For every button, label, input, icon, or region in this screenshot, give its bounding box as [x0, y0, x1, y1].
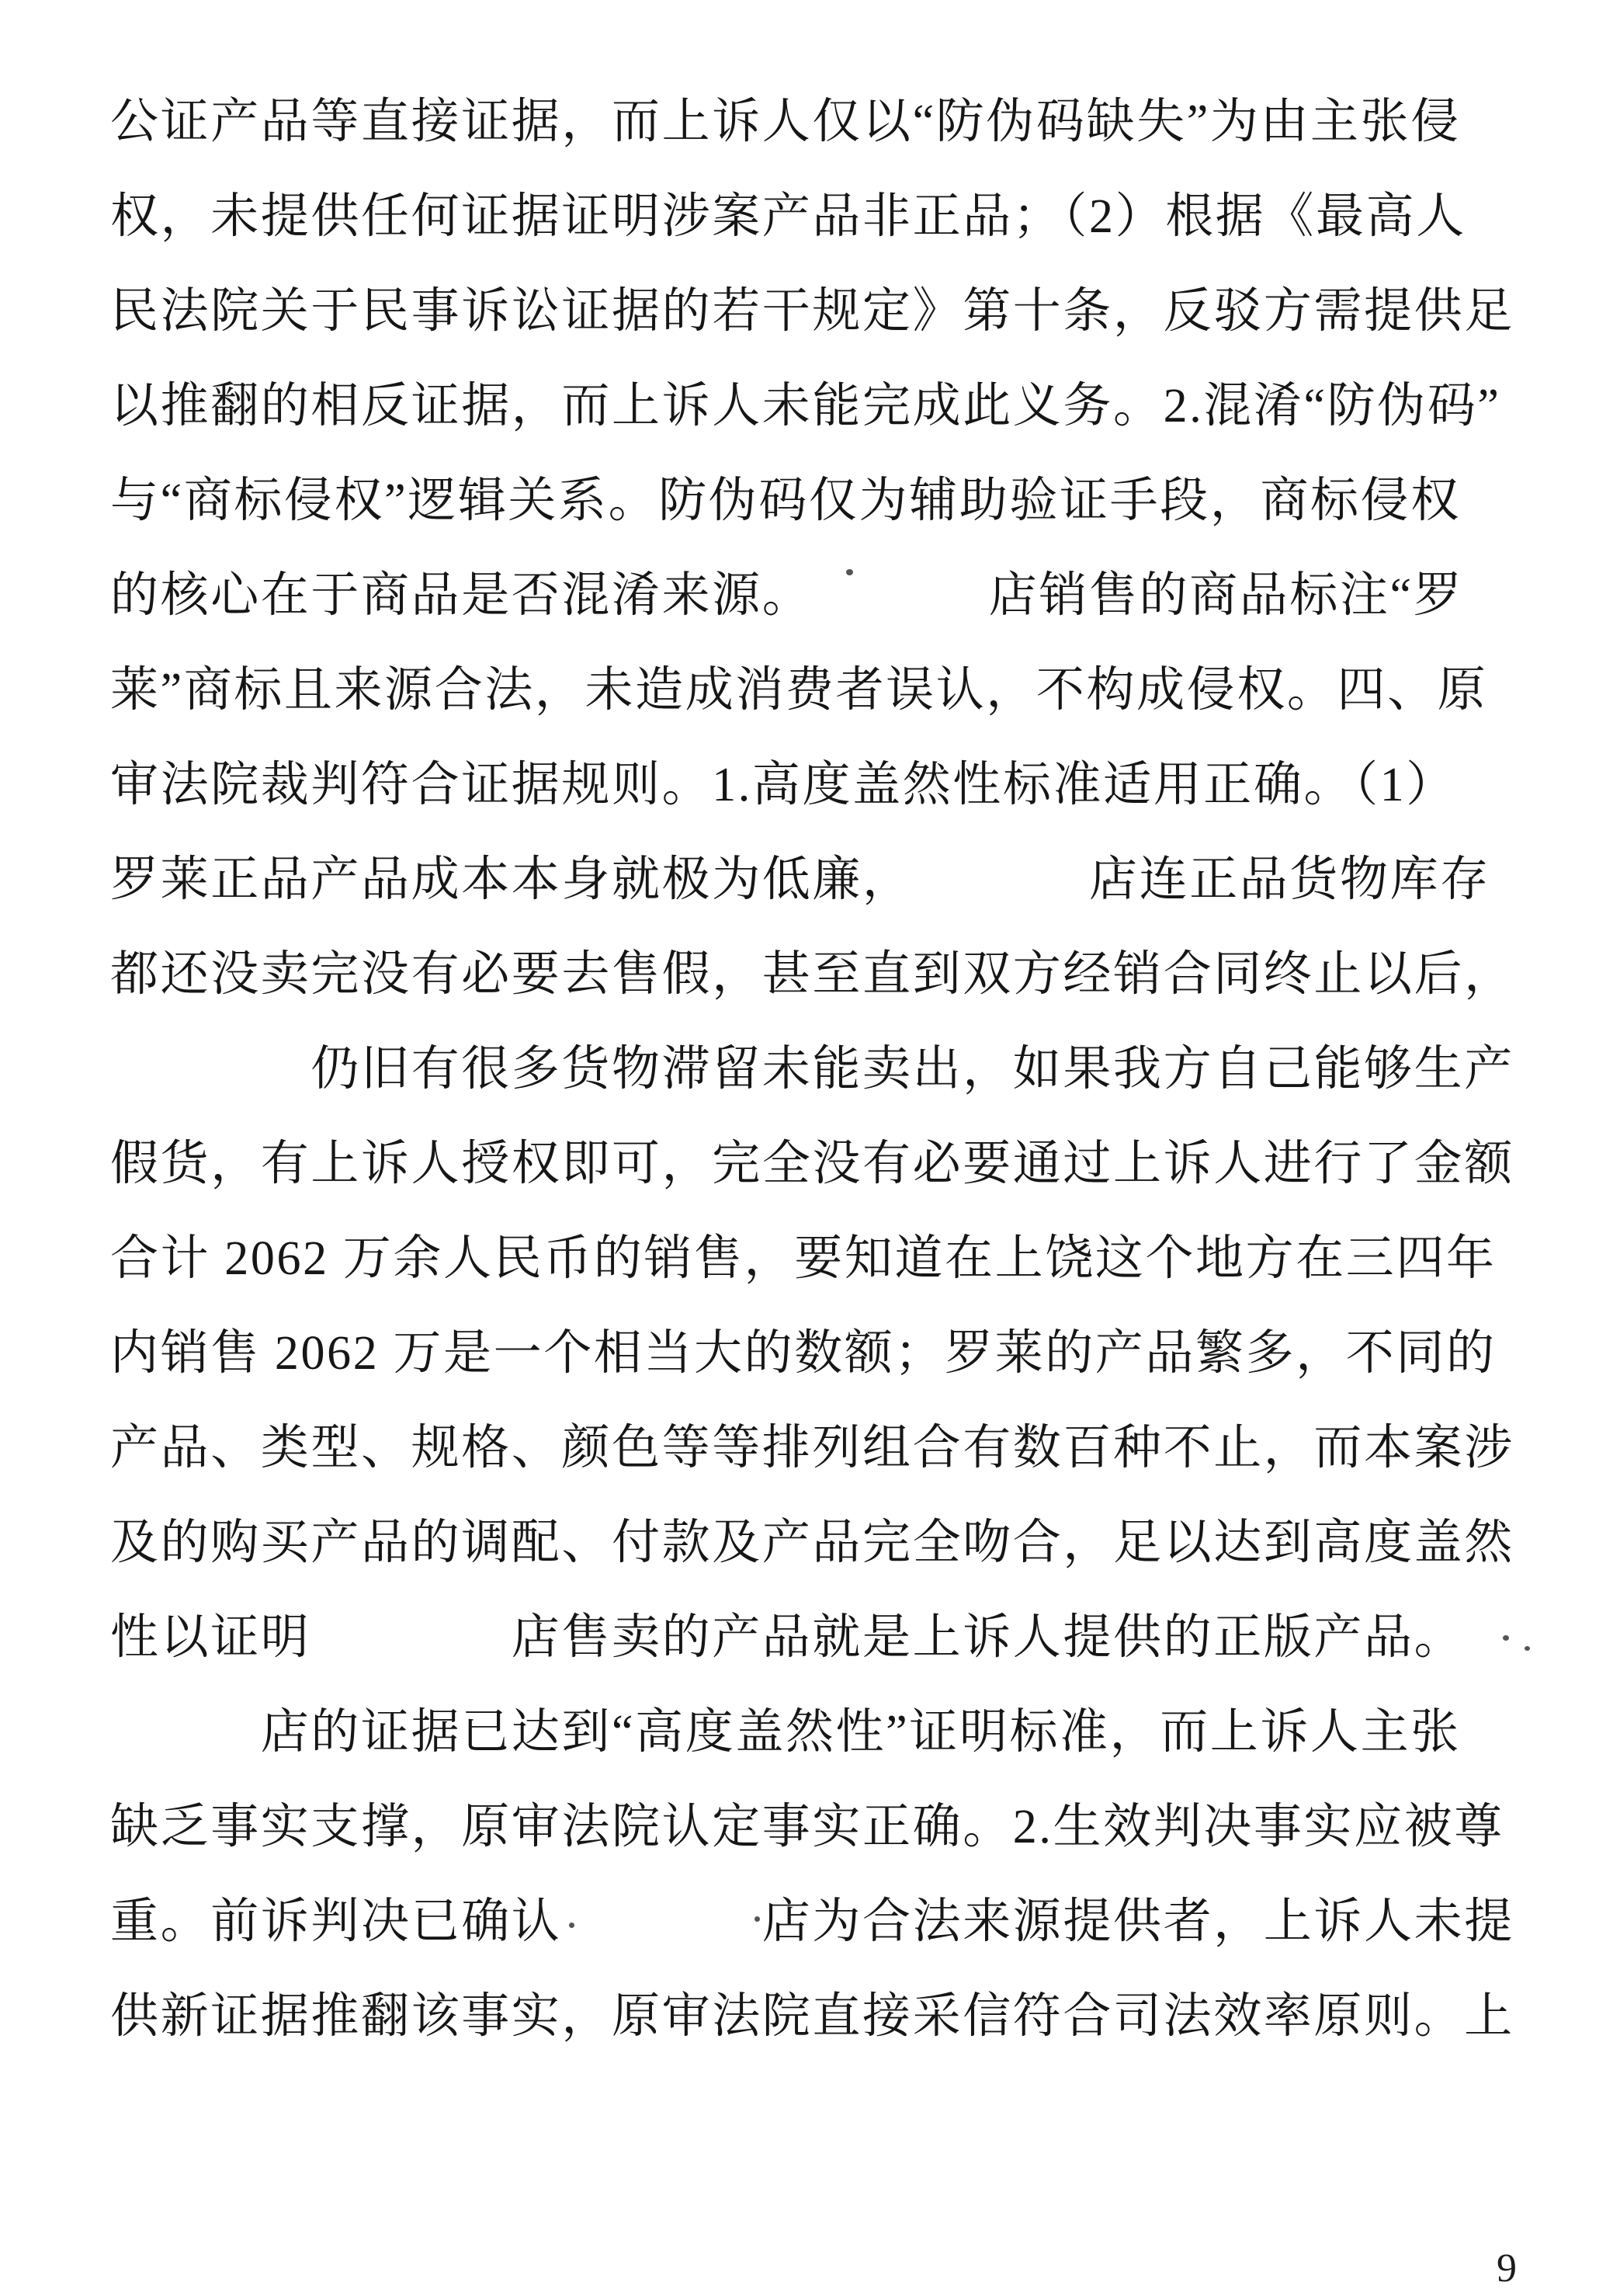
text-line: 公证产品等直接证据，而上诉人仅以“防伪码缺失”为由主张侵	[110, 75, 1562, 169]
ink-speck	[1503, 1635, 1509, 1641]
text-line: 合计 2062 万余人民币的销售，要知道在上饶这个地方在三四年	[110, 1211, 1562, 1306]
text-line: 仍旧有很多货物滞留未能卖出，如果我方自己能够生产	[110, 1022, 1562, 1117]
text-line: 与“商标侵权”逻辑关系。防伪码仅为辅助验证手段，商标侵权	[110, 453, 1562, 548]
text-line: 假货，有上诉人授权即可，完全没有必要通过上诉人进行了金额	[110, 1117, 1562, 1211]
text-line: 内销售 2062 万是一个相当大的数额；罗莱的产品繁多，不同的	[110, 1306, 1562, 1401]
text-line: 及的购买产品的调配、付款及产品完全吻合，足以达到高度盖然	[110, 1495, 1562, 1590]
text-line: 民法院关于民事诉讼证据的若干规定》第十条，反驳方需提供足	[110, 264, 1562, 359]
text-line: 以推翻的相反证据，而上诉人未能完成此义务。2.混淆“防伪码”	[110, 359, 1562, 453]
page-number: 9	[1497, 2246, 1517, 2291]
ink-speck	[754, 1916, 760, 1922]
text-line: 产品、类型、规格、颜色等等排列组合有数百种不止，而本案涉	[110, 1401, 1562, 1495]
text-line: 店的证据已达到“高度盖然性”证明标准，而上诉人主张	[110, 1685, 1562, 1780]
document-page: 公证产品等直接证据，而上诉人仅以“防伪码缺失”为由主张侵 权，未提供任何证据证明…	[0, 0, 1620, 2296]
text-line: 性以证明 店售卖的产品就是上诉人提供的正版产品。	[110, 1590, 1562, 1685]
text-line: 都还没卖完没有必要去售假，甚至直到双方经销合同终止以后，	[110, 927, 1562, 1022]
text-line: 审法院裁判符合证据规则。1.高度盖然性标准适用正确。（1）	[110, 738, 1562, 832]
ink-speck	[569, 1923, 574, 1928]
text-line: 供新证据推翻该事实，原审法院直接采信符合司法效率原则。上	[110, 1969, 1562, 2064]
ink-speck	[846, 569, 853, 575]
ink-speck	[1525, 1646, 1530, 1651]
text-line: 莱”商标且来源合法，未造成消费者误认，不构成侵权。四、原	[110, 643, 1562, 738]
text-line: 的核心在于商品是否混淆来源。 店销售的商品标注“罗	[110, 548, 1562, 643]
document-text-block: 公证产品等直接证据，而上诉人仅以“防伪码缺失”为由主张侵 权，未提供任何证据证明…	[110, 75, 1562, 2064]
text-line: 重。前诉判决已确认 店为合法来源提供者，上诉人未提	[110, 1874, 1562, 1969]
text-line: 缺乏事实支撑，原审法院认定事实正确。2.生效判决事实应被尊	[110, 1780, 1562, 1874]
text-line: 罗莱正品产品成本本身就极为低廉， 店连正品货物库存	[110, 832, 1562, 927]
text-line: 权，未提供任何证据证明涉案产品非正品；（2）根据《最高人	[110, 169, 1562, 264]
ink-speck	[1105, 879, 1111, 884]
